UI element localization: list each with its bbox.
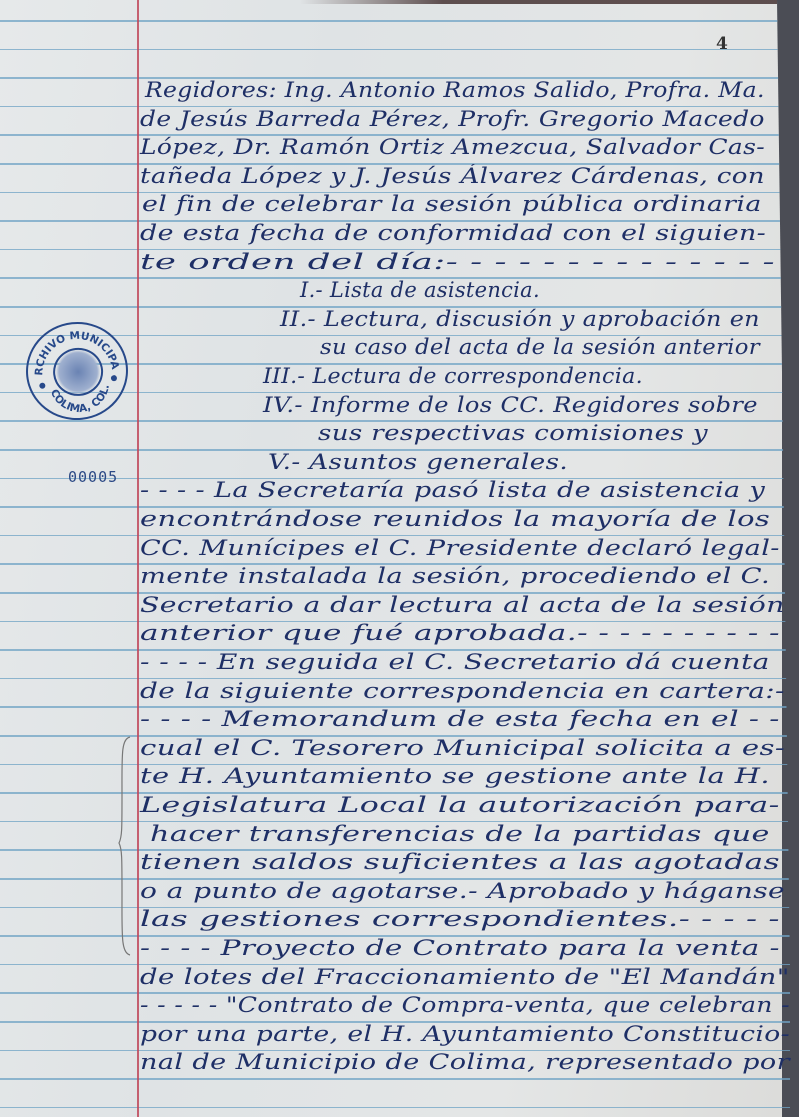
handwritten-line: te H. Ayuntamiento se gestione ante la H… bbox=[140, 764, 770, 788]
handwritten-line: te orden del día:- - - - - - - - - - - -… bbox=[140, 250, 775, 274]
handwritten-line: anterior que fué aprobada.- - - - - - - … bbox=[140, 621, 780, 645]
handwritten-line: de Jesús Barreda Pérez, Profr. Gregorio … bbox=[140, 107, 765, 131]
handwritten-line: hacer transferencias de la partidas que bbox=[150, 822, 770, 846]
handwritten-line: Secretario a dar lectura al acta de la s… bbox=[140, 593, 785, 617]
handwritten-line: - - - - La Secretaría pasó lista de asis… bbox=[140, 478, 765, 502]
handwritten-line: cual el C. Tesorero Municipal solicita a… bbox=[140, 736, 785, 760]
notebook-page: 4 ARCHIVO MUNICIPAL COLIMA, COL. 00005 R… bbox=[0, 0, 782, 1117]
handwritten-line: su caso del acta de la sesión anterior bbox=[320, 335, 760, 359]
handwritten-line: CC. Munícipes el C. Presidente declaró l… bbox=[140, 536, 780, 560]
handwritten-line: tienen saldos suficientes a las agotadas bbox=[140, 850, 780, 874]
stamp-bottom-text: COLIMA, COL. bbox=[47, 382, 114, 418]
margin-bracket bbox=[118, 735, 132, 957]
handwritten-line: las gestiones correspondientes.- - - - - bbox=[140, 907, 780, 931]
ruled-line bbox=[0, 1107, 790, 1109]
handwritten-line: - - - - En seguida el C. Secretario dá c… bbox=[140, 650, 770, 674]
handwritten-line: López, Dr. Ramón Ortiz Amezcua, Salvador… bbox=[140, 135, 765, 159]
handwritten-line: el fin de celebrar la sesión pública ord… bbox=[142, 192, 762, 216]
handwritten-line: - - - - - "Contrato de Compra-venta, que… bbox=[140, 993, 790, 1017]
handwritten-line: - - - - Proyecto de Contrato para la ven… bbox=[140, 936, 780, 960]
red-margin-line bbox=[137, 0, 139, 1117]
handwritten-line: nal de Municipio de Colima, representado… bbox=[140, 1050, 790, 1074]
handwritten-line: Regidores: Ing. Antonio Ramos Salido, Pr… bbox=[145, 78, 765, 102]
page-number: 4 bbox=[716, 34, 728, 54]
svg-text:ARCHIVO MUNICIPAL: ARCHIVO MUNICIPAL bbox=[23, 319, 121, 380]
handwritten-line: por una parte, el H. Ayuntamiento Consti… bbox=[140, 1022, 790, 1046]
ruled-line bbox=[0, 49, 790, 51]
handwritten-line: - - - - Memorandum de esta fecha en el -… bbox=[140, 707, 780, 731]
handwritten-line: o a punto de agotarse.- Aprobado y hágan… bbox=[140, 879, 785, 903]
stamp-ring-text: ARCHIVO MUNICIPAL COLIMA, COL. bbox=[23, 319, 130, 423]
archive-stamp: ARCHIVO MUNICIPAL COLIMA, COL. bbox=[21, 317, 133, 425]
handwritten-line: Legislatura Local la autorización para- bbox=[140, 793, 780, 817]
page-top-shadow bbox=[300, 0, 777, 4]
handwritten-line: de lotes del Fraccionamiento de "El Mand… bbox=[140, 965, 790, 989]
folio-number: 00005 bbox=[68, 468, 118, 486]
svg-text:COLIMA, COL.: COLIMA, COL. bbox=[47, 382, 114, 418]
handwritten-line: II.- Lectura, discusión y aprobación en bbox=[280, 307, 760, 331]
stamp-top-text: ARCHIVO MUNICIPAL bbox=[23, 319, 121, 380]
handwritten-line: V.- Asuntos generales. bbox=[268, 450, 568, 474]
handwritten-line: de esta fecha de conformidad con el sigu… bbox=[140, 221, 766, 245]
handwritten-line: tañeda López y J. Jesús Álvarez Cárdenas… bbox=[140, 164, 765, 188]
handwritten-line: encontrándose reunidos la mayoría de los bbox=[140, 507, 770, 531]
handwritten-line: sus respectivas comisiones y bbox=[318, 421, 708, 445]
handwritten-line: I.- Lista de asistencia. bbox=[300, 278, 540, 302]
handwritten-line: III.- Lectura de correspondencia. bbox=[263, 364, 643, 388]
ruled-line bbox=[0, 20, 790, 22]
handwritten-line: IV.- Informe de los CC. Regidores sobre bbox=[263, 393, 758, 417]
handwritten-line: de la siguiente correspondencia en carte… bbox=[140, 679, 785, 703]
handwritten-line: mente instalada la sesión, procediendo e… bbox=[140, 564, 770, 588]
ruled-line bbox=[0, 1078, 790, 1080]
